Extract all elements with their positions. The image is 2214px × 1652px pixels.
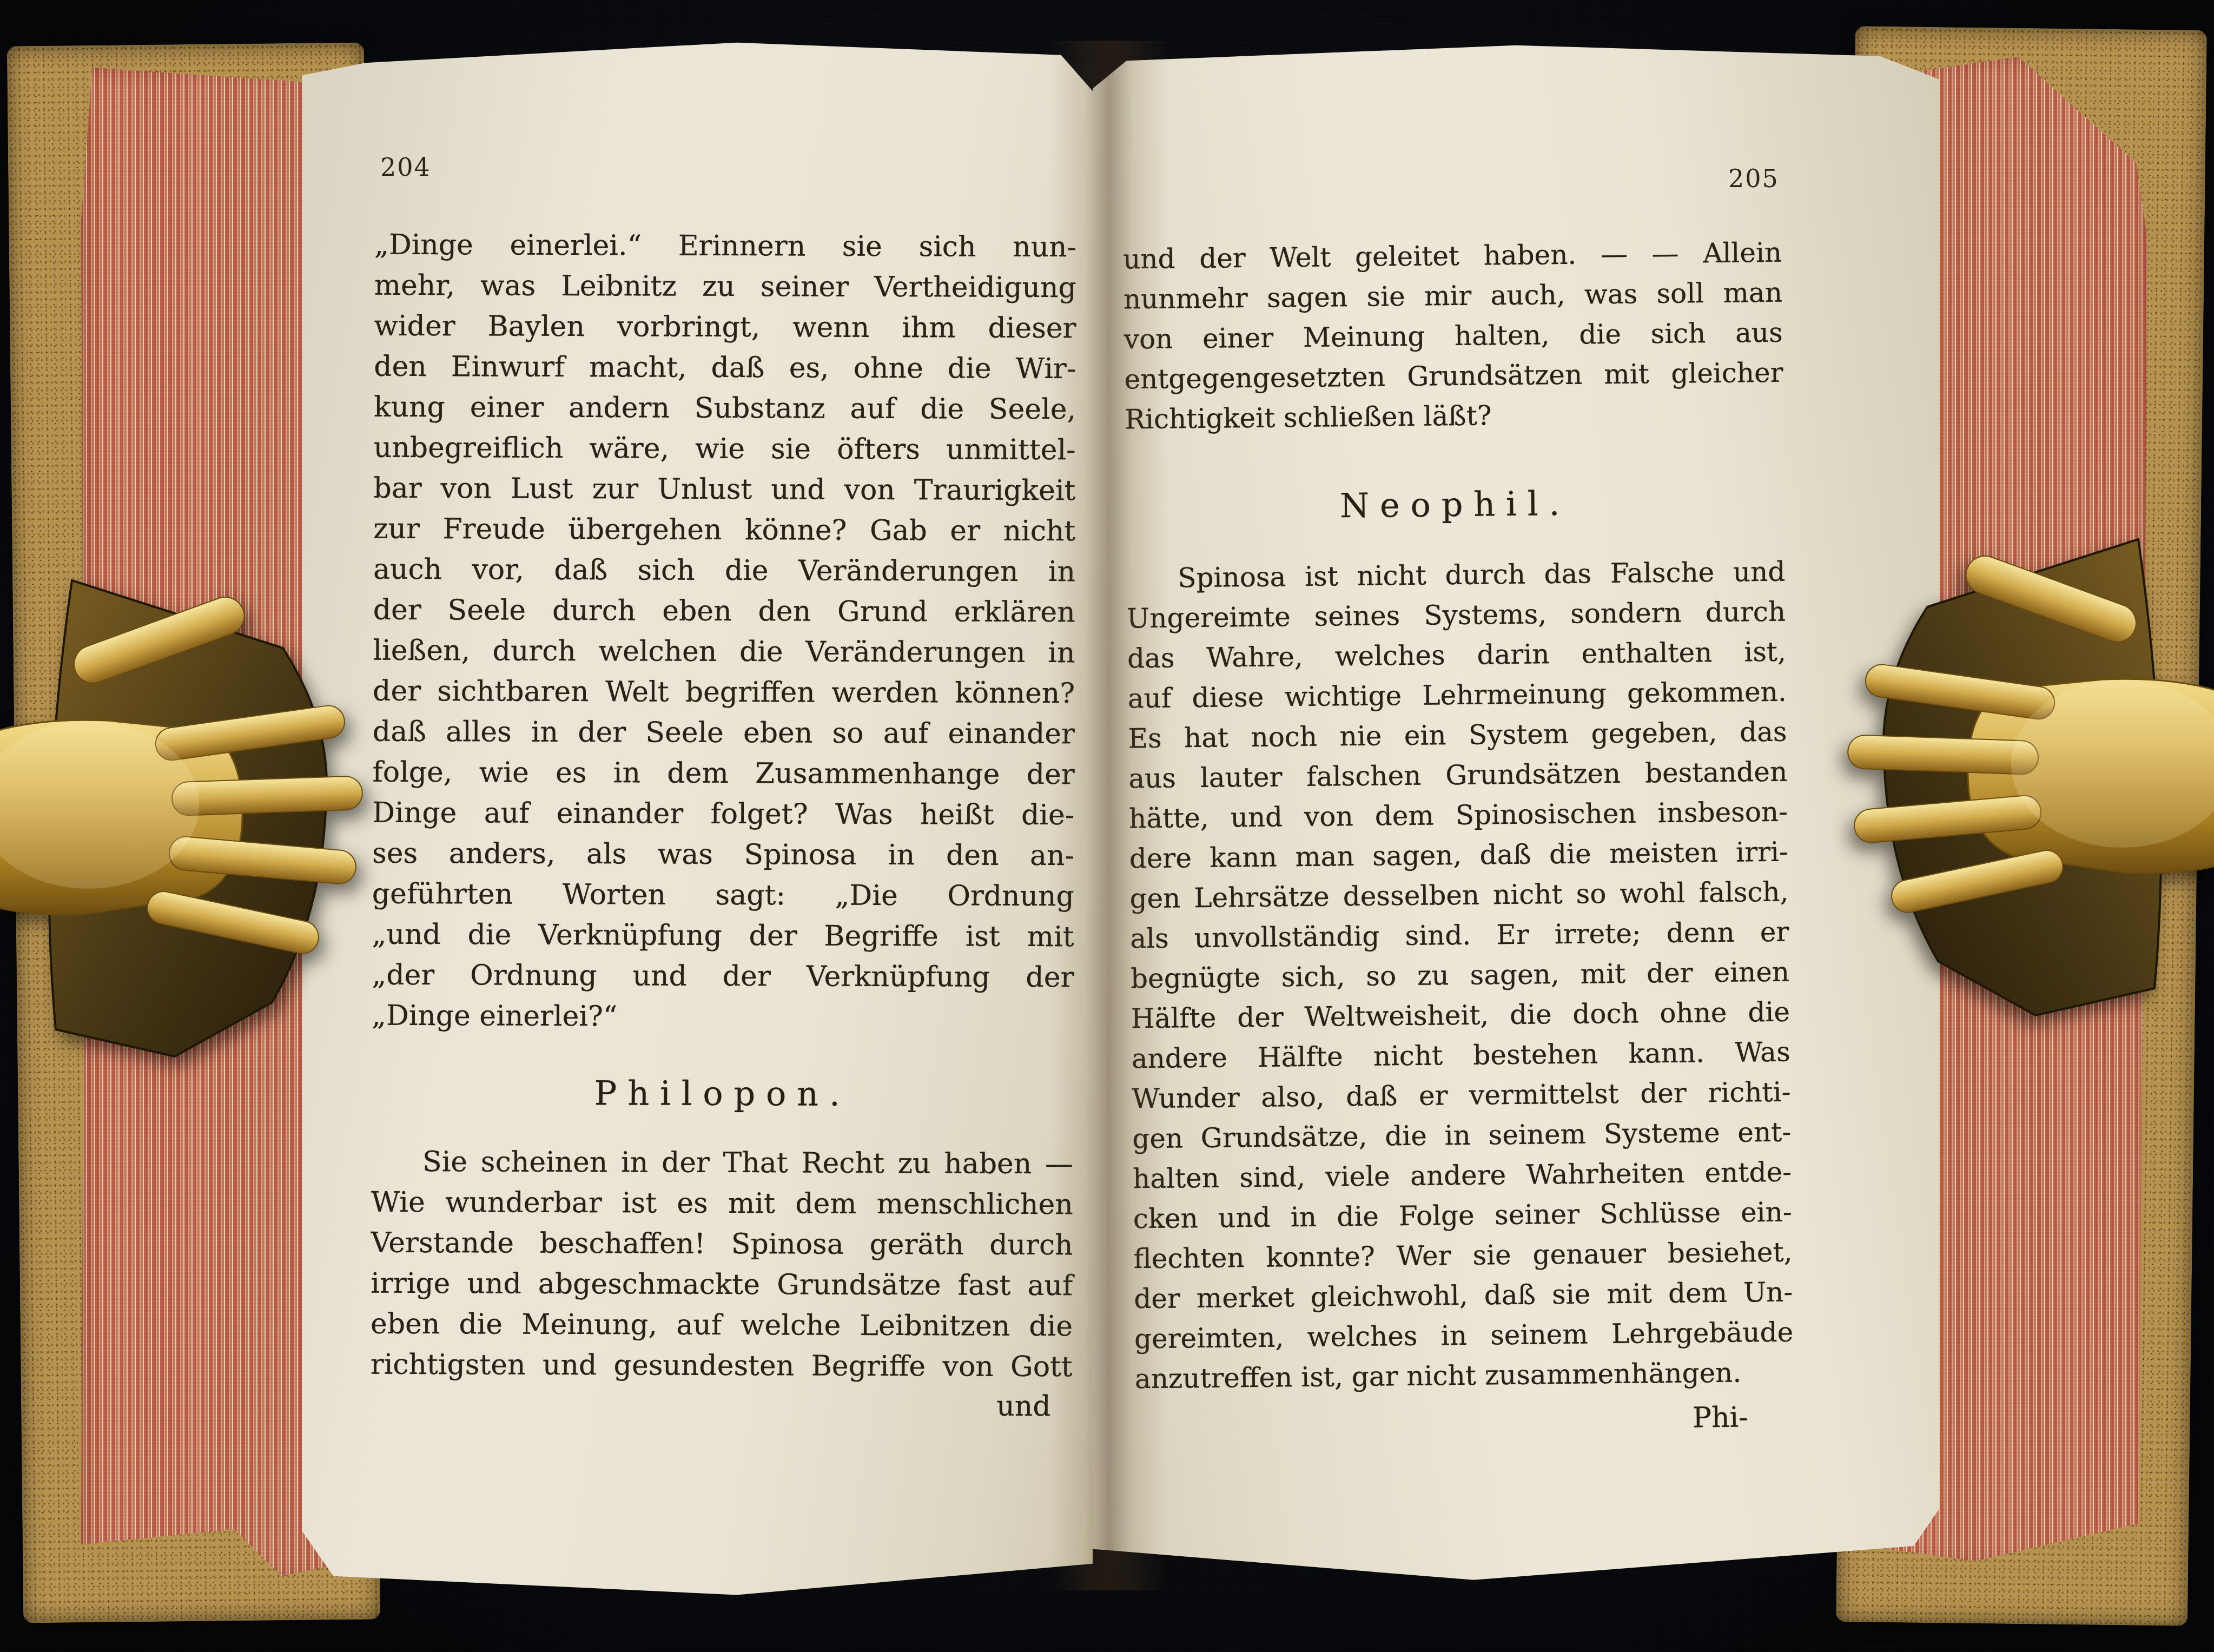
text-line: „und die Verknüpfung der Begriffe ist mi… <box>372 915 1074 958</box>
right-paragraph-2: Spinosa ist nicht durch das Falsche undU… <box>1126 552 1794 1399</box>
text-line: flechten konnte? Wer sie genauer besiehe… <box>1133 1232 1793 1279</box>
text-line: auch vor, daß sich die Veränderungen in <box>373 550 1075 593</box>
text-line: eben die Meinung, auf welche Leibnitzen … <box>371 1304 1073 1347</box>
left-page-text: „Dinge einerlei.“ Erinnern sie sich nun-… <box>370 225 1076 1526</box>
text-line: cken und in die Folge seiner Schlüsse ei… <box>1133 1192 1792 1239</box>
text-line: hätte, und von dem Spinosischen insbeson… <box>1129 792 1788 839</box>
text-line: aus lauter falschen Grundsätzen bestande… <box>1128 752 1788 799</box>
catchword-right: Phi- <box>1693 1401 1748 1434</box>
text-line: zur Freude übergehen könne? Gab er nicht <box>373 509 1075 552</box>
text-line: als unvollständig sind. Er irrete; denn … <box>1130 912 1789 959</box>
text-line: begnügte sich, so zu sagen, mit der eine… <box>1131 952 1790 999</box>
left-paragraph-1: „Dinge einerlei.“ Erinnern sie sich nun-… <box>372 225 1076 1039</box>
text-line: Wie wunderbar ist es mit dem menschliche… <box>371 1182 1073 1226</box>
text-line: geführten Worten sagt: „Die Ordnung <box>372 874 1074 917</box>
text-line: auf diese wichtige Lehrmeinung gekommen. <box>1127 672 1787 719</box>
text-line: halten sind, viele andere Wahrheiten ent… <box>1133 1152 1792 1199</box>
text-line: der merket gleichwohl, daß sie mit dem U… <box>1134 1272 1793 1319</box>
text-line: der Seele durch eben den Grund erklären <box>373 590 1075 633</box>
text-line: mehr, was Leibnitz zu seiner Vertheidigu… <box>374 266 1076 309</box>
text-line: das Wahre, welches darin enthalten ist, <box>1127 632 1787 679</box>
text-line: den Einwurf macht, daß es, ohne die Wir- <box>374 347 1076 390</box>
photo-of-open-book: 204 „Dinge einerlei.“ Erinnern sie sich … <box>0 0 2214 1652</box>
heading-philopon: Philopon. <box>371 1073 1073 1115</box>
heading-neophil: Neophil. <box>1126 481 1785 528</box>
text-line: „der Ordnung und der Verknüpfung der <box>372 955 1074 999</box>
right-paragraph-1: und der Welt geleitet haben. — — Alleinn… <box>1123 233 1784 440</box>
text-line: irrige und abgeschmackte Grundsätze fast… <box>371 1264 1073 1307</box>
page-number-right: 205 <box>1728 164 1779 193</box>
text-line: gereimten, welches in seinem Lehrgebäude <box>1134 1312 1794 1359</box>
text-line: Wunder also, daß er vermittelst der rich… <box>1132 1072 1791 1119</box>
text-line: dere kann man sagen, daß die meisten irr… <box>1129 832 1788 879</box>
text-line: Richtigkeit schließen läßt? <box>1125 393 1784 440</box>
text-line: daß alles in der Seele eben so auf einan… <box>373 712 1075 755</box>
text-line: Es hat noch nie ein System gegeben, das <box>1128 712 1787 759</box>
text-line: Hälfte der Weltweisheit, die doch ohne d… <box>1131 992 1790 1039</box>
text-line: Spinosa ist nicht durch das Falsche und <box>1126 552 1786 599</box>
text-line: bar von Lust zur Unlust und von Traurigk… <box>373 468 1075 512</box>
text-line: „Dinge einerlei?“ <box>372 996 1074 1039</box>
text-line: gen Lehrsätze desselben nicht so wohl fa… <box>1129 872 1789 919</box>
page-number-left: 204 <box>380 153 431 182</box>
text-line: nunmehr sagen sie mir auch, was soll man <box>1123 273 1783 320</box>
brass-hand-right-icon <box>1843 526 2214 1029</box>
text-line: kung einer andern Substanz auf die Seele… <box>374 387 1076 431</box>
text-line: ses anders, als was Spinosa in den an- <box>372 834 1074 877</box>
right-page: 205 und der Welt geleitet haben. — — All… <box>1093 42 1939 1589</box>
text-line: unbegreiflich wäre, wie sie öfters unmit… <box>374 428 1076 471</box>
text-line: anzutreffen ist, gar nicht zusammenhänge… <box>1135 1352 1794 1399</box>
text-line: entgegengesetzten Grundsätzen mit gleich… <box>1124 353 1783 400</box>
text-line: „Dinge einerlei.“ Erinnern sie sich nun- <box>374 225 1076 268</box>
right-page-text: und der Welt geleitet haben. — — Alleinn… <box>1123 233 1795 1500</box>
text-line: folge, wie es in dem Zusammenhange der <box>373 752 1075 796</box>
text-line: von einer Meinung halten, die sich aus <box>1123 313 1783 360</box>
text-line: Sie scheinen in der That Recht zu haben … <box>371 1142 1073 1185</box>
brass-hand-left-icon <box>0 567 367 1070</box>
text-line: der sichtbaren Welt begriffen werden kön… <box>373 671 1075 715</box>
text-line: wider Baylen vorbringt, wenn ihm dieser <box>374 306 1076 349</box>
text-line: Ungereimte seines Systems, sondern durch <box>1127 592 1786 639</box>
text-line: Verstande beschaffen! Spinosa geräth dur… <box>371 1223 1073 1266</box>
left-page: 204 „Dinge einerlei.“ Erinnern sie sich … <box>302 38 1093 1601</box>
text-line: und der Welt geleitet haben. — — Allein <box>1123 233 1782 280</box>
left-paragraph-2: Sie scheinen in der That Recht zu haben … <box>371 1142 1074 1388</box>
text-line: gen Grundsätze, die in seinem Systeme en… <box>1132 1112 1792 1159</box>
text-line: Dinge auf einander folget? Was heißt die… <box>372 793 1074 836</box>
text-line: richtigsten und gesundesten Begriffe von… <box>371 1345 1073 1388</box>
text-line: andere Hälfte nicht bestehen kann. Was <box>1131 1032 1790 1079</box>
catchword-left: und <box>996 1390 1050 1423</box>
text-line: ließen, durch welchen die Veränderungen … <box>373 631 1075 674</box>
